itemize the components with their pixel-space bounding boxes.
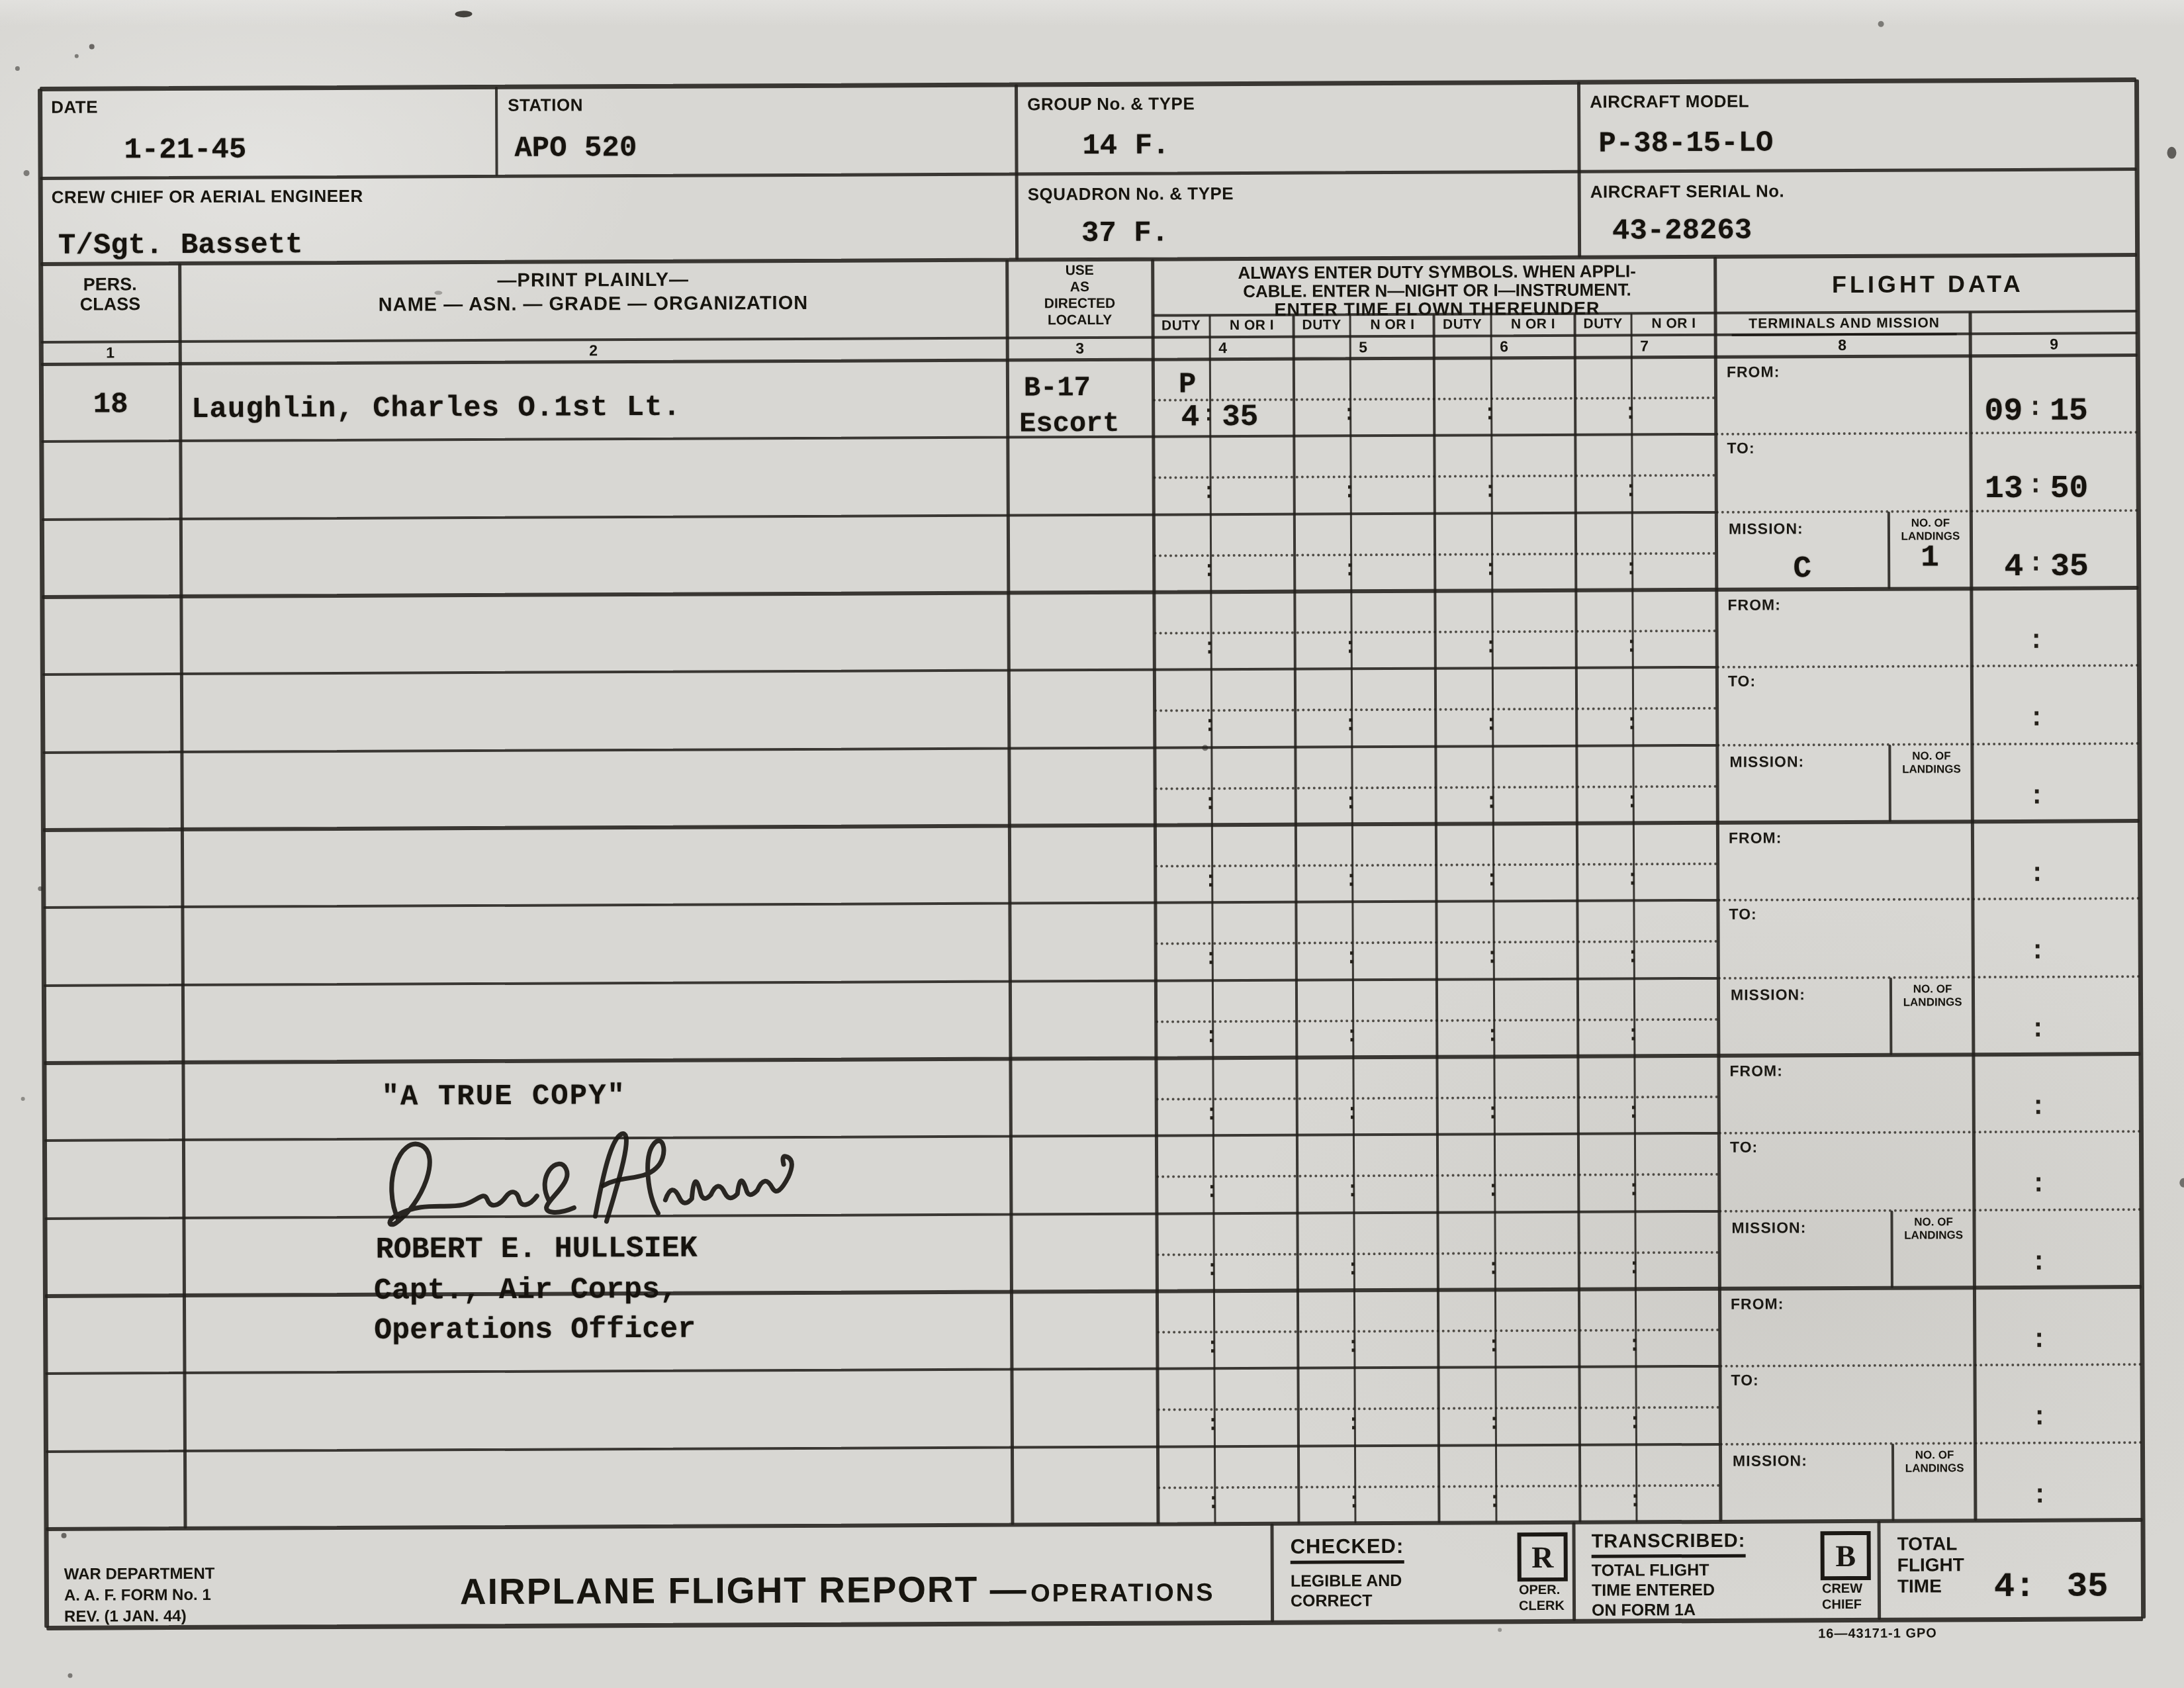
certifier-rank: Capt., Air Corps, bbox=[374, 1273, 678, 1308]
crew-chief-line2: CHIEF bbox=[1822, 1597, 1862, 1613]
preprinted-time-colon: : bbox=[2030, 937, 2046, 967]
landings-label-line2: LANDINGS bbox=[1895, 1462, 1974, 1476]
form-left-border bbox=[38, 89, 49, 1628]
flight-row-dotted-rule bbox=[1719, 1208, 2141, 1213]
pers-class-header-line2: CLASS bbox=[40, 294, 179, 315]
transcribed-sub-line2: TIME ENTERED bbox=[1592, 1581, 1715, 1601]
oper-clerk-line1: OPER. bbox=[1519, 1583, 1560, 1598]
scan-speckle bbox=[38, 886, 42, 891]
landings-label-line2: LANDINGS bbox=[1892, 763, 1970, 776]
certifier-title: Operations Officer bbox=[374, 1313, 696, 1348]
column-number: 6 bbox=[1484, 338, 1524, 355]
flight-row-dotted-rule bbox=[1718, 975, 2140, 980]
preprinted-time-colon: : bbox=[2030, 1170, 2046, 1200]
column-number: 4 bbox=[1203, 339, 1243, 357]
scan-speckle bbox=[2167, 147, 2176, 159]
scan-speckle bbox=[2179, 1178, 2184, 1188]
flight-data-header: FLIGHT DATA bbox=[1718, 269, 2137, 299]
to-label: TO: bbox=[1731, 1372, 1758, 1389]
certifier-typed-name: ROBERT E. HULLSIEK bbox=[376, 1232, 698, 1267]
landings-label-line1: NO. OF bbox=[1893, 982, 1972, 996]
form-right-border bbox=[2134, 79, 2145, 1618]
total-flight-time-line2: FLIGHT bbox=[1897, 1554, 1964, 1575]
block-boundary-rule bbox=[45, 1285, 2142, 1298]
aircraft-serial-value: 43-28263 bbox=[1612, 214, 1752, 248]
checked-sub-line1: LEGIBLE AND bbox=[1291, 1571, 1402, 1591]
aircraft-serial-label: AIRCRAFT SERIAL No. bbox=[1590, 181, 1785, 202]
entry-from-time-hours: 09 bbox=[1967, 394, 2023, 430]
rule-vertical bbox=[1270, 1524, 1274, 1622]
block-boundary-rule bbox=[43, 819, 2140, 832]
preprinted-time-colon: : bbox=[2028, 471, 2044, 501]
from-label: FROM: bbox=[1729, 829, 1782, 847]
flight-row-dotted-rule bbox=[1717, 664, 2139, 669]
transcribed-sub-line3: ON FORM 1A bbox=[1592, 1601, 1696, 1620]
rule-vertical bbox=[1573, 314, 1581, 1523]
use-locally-header-line4: LOCALLY bbox=[1007, 312, 1152, 329]
flight-row-dotted-rule bbox=[1719, 1130, 2141, 1135]
form-title: AIRPLANE FLIGHT REPORT — OPERATIONS bbox=[460, 1567, 1215, 1613]
preprinted-time-colon: : bbox=[2029, 782, 2045, 812]
form-top-border bbox=[40, 77, 2136, 91]
entry-mission-code: C bbox=[1746, 551, 1858, 586]
landings-box-rule bbox=[1891, 1443, 1895, 1521]
entry-use-line2: Escort bbox=[1019, 408, 1119, 440]
flight-row-dotted-rule bbox=[1715, 431, 2138, 436]
preprinted-time-colon: : bbox=[2032, 1481, 2048, 1511]
scan-speckle bbox=[455, 11, 472, 17]
flight-row-dotted-rule bbox=[1716, 509, 2138, 514]
landings-box-rule bbox=[1888, 744, 1891, 821]
landings-box-rule bbox=[1888, 511, 1891, 588]
scan-speckle bbox=[62, 1533, 67, 1538]
use-locally-header-line3: DIRECTED bbox=[1007, 296, 1152, 312]
date-value: 1-21-45 bbox=[124, 134, 246, 167]
rule-vertical bbox=[1713, 257, 1722, 1522]
landings-label-line2: LANDINGS bbox=[1893, 996, 1972, 1009]
group-label: GROUP No. & TYPE bbox=[1027, 93, 1195, 115]
column-number: 2 bbox=[574, 342, 614, 359]
war-dept-line2: A. A. F. FORM No. 1 bbox=[64, 1586, 211, 1605]
rule-vertical bbox=[1014, 84, 1018, 259]
rule-vertical bbox=[1433, 314, 1441, 1523]
to-label: TO: bbox=[1728, 673, 1756, 690]
preprinted-time-colon: : bbox=[2027, 394, 2043, 424]
landings-label-line1: NO. OF bbox=[1895, 1448, 1974, 1462]
station-label: STATION bbox=[508, 95, 583, 115]
scan-speckle bbox=[15, 66, 20, 71]
column-number: 9 bbox=[2034, 336, 2074, 353]
transcribed-label: TRANSCRIBED: bbox=[1592, 1530, 1746, 1558]
mission-label: MISSION: bbox=[1733, 1452, 1807, 1470]
crew-chief-line1: CREW bbox=[1822, 1581, 1862, 1597]
mission-label: MISSION: bbox=[1729, 520, 1803, 538]
form-title-suffix: OPERATIONS bbox=[1030, 1579, 1215, 1607]
use-locally-header-line2: AS bbox=[1007, 279, 1152, 296]
entry-use-line1: B-17 bbox=[1024, 372, 1091, 404]
total-flight-time-hours: 4: bbox=[1994, 1568, 2036, 1607]
flight-row-dotted-rule bbox=[1717, 742, 2139, 747]
flight-report-form: ::::::::::::::::::::::::::::::::::::::::… bbox=[0, 0, 2184, 1688]
checked-label: CHECKED: bbox=[1291, 1534, 1404, 1564]
rule-horizontal bbox=[46, 1443, 1720, 1453]
duty-instruction-line3: ENTER TIME FLOWN THEREUNDER bbox=[1159, 298, 1715, 321]
entry-mission-time-minutes: 35 bbox=[2050, 549, 2089, 585]
block-boundary-rule bbox=[42, 586, 2138, 599]
scan-speckle bbox=[1878, 21, 1884, 27]
pers-class-header-line1: PERS. bbox=[40, 274, 179, 295]
preprinted-time-colon: : bbox=[2030, 1015, 2046, 1045]
crew-chief-label: CREW CHIEF OR AERIAL ENGINEER bbox=[52, 186, 363, 208]
rule-horizontal bbox=[46, 1518, 2142, 1531]
preprinted-time-colon: : bbox=[2030, 1093, 2046, 1123]
rule-horizontal bbox=[42, 511, 1716, 521]
scan-speckle bbox=[1202, 745, 1208, 751]
scan-speckle bbox=[75, 54, 79, 58]
preprinted-time-colon: : bbox=[2031, 1248, 2047, 1278]
mission-label: MISSION: bbox=[1729, 753, 1804, 771]
station-value: APO 520 bbox=[514, 132, 637, 165]
form-title-main: AIRPLANE FLIGHT REPORT — bbox=[460, 1568, 1028, 1612]
landings-label-line2: LANDINGS bbox=[1895, 1229, 1973, 1243]
entry-mission-time-hours: 4 bbox=[1968, 549, 2023, 585]
scanned-flight-report-page: ::::::::::::::::::::::::::::::::::::::::… bbox=[0, 0, 2184, 1688]
rule-vertical bbox=[1877, 1521, 1881, 1620]
preprinted-time-colon: : bbox=[2032, 1403, 2048, 1433]
rule-vertical bbox=[178, 263, 187, 1528]
column-number: 8 bbox=[1823, 336, 1862, 354]
rule-vertical bbox=[1005, 260, 1014, 1525]
column-number: 5 bbox=[1343, 338, 1383, 356]
transcribed-sub-line1: TOTAL FLIGHT bbox=[1592, 1561, 1709, 1581]
total-flight-time-line1: TOTAL bbox=[1897, 1533, 1958, 1554]
to-label: TO: bbox=[1730, 1139, 1758, 1156]
block-boundary-rule bbox=[44, 1052, 2140, 1065]
from-label: FROM: bbox=[1731, 1295, 1784, 1313]
preprinted-time-colon: : bbox=[2028, 549, 2044, 579]
landings-label-line1: NO. OF bbox=[1894, 1215, 1972, 1229]
war-dept-line3: REV. (1 JAN. 44) bbox=[64, 1607, 187, 1626]
entry-name: Laughlin, Charles O.1st Lt. bbox=[191, 391, 681, 426]
rule-vertical bbox=[1576, 82, 1580, 258]
landings-box-rule bbox=[1890, 1210, 1893, 1288]
preprinted-time-colon: : bbox=[2028, 704, 2044, 734]
column-number: 1 bbox=[91, 344, 130, 361]
preprinted-time-colon: : bbox=[2031, 1326, 2047, 1356]
form-grid: ::::::::::::::::::::::::::::::::::::::::… bbox=[0, 0, 2180, 5]
column-number: 7 bbox=[1625, 337, 1664, 355]
rule-horizontal bbox=[42, 666, 1717, 676]
rule-horizontal bbox=[43, 899, 1717, 909]
rule-vertical bbox=[495, 87, 498, 176]
date-label: DATE bbox=[51, 97, 98, 118]
to-label: TO: bbox=[1727, 440, 1754, 457]
oper-clerk-stamp: R bbox=[1518, 1532, 1568, 1581]
entry-duty-time-hours: 4 bbox=[1153, 400, 1199, 434]
squadron-label: SQUADRON No. & TYPE bbox=[1028, 183, 1234, 205]
rule-horizontal bbox=[44, 977, 1718, 987]
flight-row-dotted-rule bbox=[1719, 1363, 2142, 1368]
name-column-header: NAME — ASN. — GRADE — ORGANIZATION bbox=[179, 292, 1007, 317]
signature-robert-e-hullsiek bbox=[362, 1114, 892, 1245]
entry-pers-class: 18 bbox=[41, 388, 180, 422]
entry-from-time-minutes: 15 bbox=[2050, 393, 2088, 429]
preprinted-time-colon: : bbox=[2029, 860, 2045, 890]
landings-label-line1: NO. OF bbox=[1891, 516, 1970, 530]
crew-chief-stamp: B bbox=[1821, 1531, 1871, 1580]
true-copy-note: "A TRUE COPY" bbox=[382, 1080, 626, 1114]
rule-horizontal bbox=[42, 744, 1717, 754]
landings-label-line1: NO. OF bbox=[1892, 749, 1970, 763]
group-value: 14 F. bbox=[1082, 129, 1169, 163]
total-flight-time-line3: TIME bbox=[1897, 1575, 1942, 1597]
mission-label: MISSION: bbox=[1731, 986, 1805, 1004]
squadron-value: 37 F. bbox=[1081, 216, 1169, 250]
entry-to-time-minutes: 50 bbox=[2050, 471, 2089, 507]
scan-speckle bbox=[1498, 1628, 1502, 1632]
total-flight-time-minutes: 35 bbox=[2067, 1567, 2109, 1606]
scan-speckle bbox=[24, 170, 30, 176]
terminals-and-mission-header: TERMINALS AND MISSION bbox=[1732, 315, 1957, 336]
rule-vertical bbox=[1572, 1523, 1576, 1621]
entry-to-time-hours: 13 bbox=[1968, 471, 2023, 507]
aircraft-model-label: AIRCRAFT MODEL bbox=[1590, 91, 1749, 113]
to-label: TO: bbox=[1729, 906, 1756, 923]
entry-duty-time-minutes: 35 bbox=[1222, 400, 1258, 434]
crew-chief-value: T/Sgt. Bassett bbox=[58, 228, 303, 263]
scan-speckle bbox=[68, 1673, 72, 1678]
preprinted-time-colon: : bbox=[2028, 627, 2044, 657]
checked-sub-line2: CORRECT bbox=[1291, 1591, 1373, 1611]
rule-vertical bbox=[1151, 259, 1160, 1524]
scan-speckle bbox=[89, 44, 95, 50]
rule-horizontal bbox=[45, 1365, 1719, 1375]
from-label: FROM: bbox=[1727, 363, 1780, 381]
scan-speckle bbox=[21, 1097, 25, 1101]
aircraft-model-value: P-38-15-LO bbox=[1598, 126, 1773, 160]
flight-row-dotted-rule bbox=[1717, 897, 2140, 902]
landings-box-rule bbox=[1889, 977, 1893, 1055]
from-label: FROM: bbox=[1727, 596, 1780, 614]
use-locally-header-line1: USE bbox=[1007, 263, 1152, 279]
flight-row-dotted-rule bbox=[1720, 1441, 2142, 1446]
rule-vertical bbox=[1292, 315, 1300, 1524]
print-plainly-header: —PRINT PLAINLY— bbox=[179, 268, 1007, 293]
gpo-print-code: 16—43171-1 GPO bbox=[1818, 1626, 1937, 1642]
mission-label: MISSION: bbox=[1731, 1219, 1806, 1237]
from-label: FROM: bbox=[1729, 1062, 1782, 1080]
rule-horizontal bbox=[41, 433, 1715, 443]
entry-landings-count: 1 bbox=[1903, 540, 1956, 575]
oper-clerk-line2: CLERK bbox=[1519, 1599, 1565, 1614]
column-number: 3 bbox=[1060, 340, 1100, 357]
entry-duty-symbol: P bbox=[1179, 368, 1197, 401]
war-dept-line1: WAR DEPARTMENT bbox=[64, 1565, 215, 1584]
rule-horizontal bbox=[40, 167, 2137, 180]
